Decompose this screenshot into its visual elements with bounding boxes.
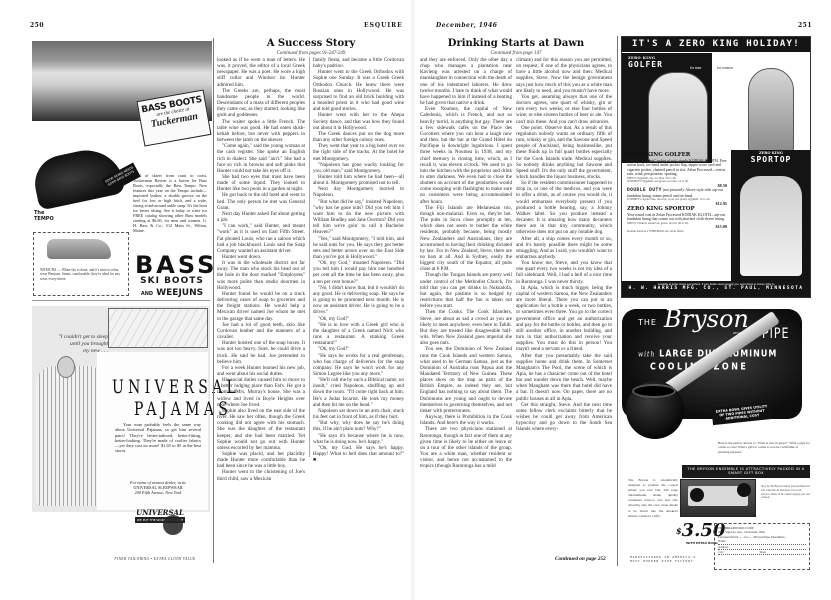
loafer-image bbox=[47, 239, 111, 259]
mfg-line-2: MOST MODERN PIPE FACTORY bbox=[630, 559, 710, 563]
magazine-name: ESQUIRE bbox=[364, 22, 403, 29]
man-jacket-illustration bbox=[648, 72, 708, 162]
dealer-info: For name of nearest dealer, write UNIVER… bbox=[115, 480, 201, 496]
paragraph: "Yes," said Montgomery, "I told him, and… bbox=[313, 236, 404, 261]
weejuns-word: WEEJUNS bbox=[156, 288, 203, 298]
paragraph: Then the Cooks. The Cook Islanders, Stev… bbox=[420, 309, 512, 346]
paragraph: The Fiji Islands are Melanesian too, tho… bbox=[420, 205, 512, 273]
man-sportop-illustration bbox=[740, 176, 802, 276]
paragraph: So if the resident commissioner happened… bbox=[516, 180, 612, 235]
woman-jacket-illustration bbox=[748, 68, 794, 152]
bass-body-copy: Goal of skiers from coast to coast, Tuck… bbox=[133, 173, 207, 233]
kodiak-note: Kodiak Kloth is a WHITMAN all-cotton fab… bbox=[627, 230, 727, 234]
paragraph: Even Noumea, the capital of New Caledoni… bbox=[420, 106, 512, 205]
paragraph: "Oh, my God," moaned Napoleon. "Did you … bbox=[313, 260, 404, 285]
paragraph: The waiter spoke a little French. The ta… bbox=[217, 119, 305, 144]
paragraph: "He says he works for a real gentleman, … bbox=[313, 353, 404, 378]
weejuns-label: AND WEEJUNS bbox=[133, 288, 211, 298]
paragraph: After all, a ship comes every month or s… bbox=[516, 236, 612, 261]
ad-divider bbox=[32, 300, 210, 301]
man-in-pajamas-illustration bbox=[36, 366, 106, 506]
issue-date: December, 1946 bbox=[436, 22, 497, 29]
paragraph: Joe had a lot of good teeth, skin like C… bbox=[217, 322, 305, 340]
paragraph: and they are enforced. Only the other da… bbox=[420, 57, 512, 106]
address-label: Address bbox=[718, 545, 728, 549]
paragraph: There are two physicians stationed at Ra… bbox=[420, 426, 512, 469]
pipe-bowl-in-box bbox=[690, 488, 704, 502]
quote-line-1: "I couldn't get to sleep bbox=[38, 334, 108, 341]
paragraph: Hunter found he would be on a truck deli… bbox=[217, 291, 305, 322]
paragraph: The Greeks are, perhaps, the most handso… bbox=[217, 88, 305, 119]
column-rule bbox=[213, 38, 214, 563]
bryson-intro-copy: Here is the perfect answer to "What is n… bbox=[718, 441, 810, 454]
paragraph: You get, assuming always that one of the… bbox=[516, 94, 612, 125]
paragraph: Sophie also lived on the east side of th… bbox=[217, 408, 305, 451]
and-label: AND bbox=[141, 291, 153, 297]
paragraph: "Come again," said the young woman at th… bbox=[217, 143, 305, 174]
city-label: City bbox=[718, 550, 724, 554]
column-rule bbox=[309, 57, 310, 457]
paragraph: "But why, why does he say he's doing thi… bbox=[313, 420, 404, 432]
cartoon-illustration bbox=[108, 308, 208, 348]
the-label: THE bbox=[638, 318, 657, 327]
golfer-name: GOLFER bbox=[628, 60, 663, 69]
article-column-1: and they are enforced. Only the other da… bbox=[420, 57, 512, 557]
article-column-2: climate) and for this reason you are per… bbox=[516, 57, 612, 545]
paragraph: Napoleon sat down in an arm chair, stuck… bbox=[313, 408, 404, 420]
article-title: A Success Story bbox=[216, 38, 406, 49]
paragraph: Hunter told him where he had been—all ab… bbox=[313, 174, 404, 186]
coupon-city-field[interactable]: CityState bbox=[718, 550, 806, 555]
golfer-copy: Perfect "all-sports" jacket of soft, stu… bbox=[627, 159, 727, 177]
paragraph: Though the Tongan Islands are pretty wel… bbox=[420, 272, 512, 309]
zero-king-headline: IT'S A ZERO KING HOLIDAY! bbox=[622, 37, 810, 52]
for-men-label: for men bbox=[690, 66, 701, 70]
paragraph: For a week Hunter learned his new job, a… bbox=[217, 365, 305, 377]
footer-line-2: H. W. HARRIS MFG. CO., ST. PAUL, MINNESO… bbox=[622, 286, 810, 291]
universal-body-copy: Your man probably feels the same way abo… bbox=[115, 422, 201, 454]
paragraph: Hunter went to the Greek Orthodox with S… bbox=[313, 69, 404, 112]
double-duty-heading: DOUBLE DUTY bbox=[627, 188, 662, 193]
body-paragraph: Your man probably feels the same way abo… bbox=[115, 422, 201, 454]
paragraph: "He is in love with a Greek girl who is … bbox=[313, 322, 404, 347]
paragraph: "I can work," said Hunter, and meant "wo… bbox=[217, 223, 305, 254]
ensemble-banner: THE BRYSON ENSEMBLE IS ATTRACTIVELY PACK… bbox=[682, 465, 810, 478]
paragraph: Next day Hunter asked Fat about getting … bbox=[217, 211, 305, 223]
paragraph: Hunter went with her to the Ahepa Societ… bbox=[313, 112, 404, 130]
article-title: Drinking Starts at Dawn bbox=[418, 38, 614, 49]
paragraph: In Apia, which is much bigger, being the… bbox=[516, 285, 612, 353]
paragraph: His social duties caused him to move to … bbox=[217, 377, 305, 408]
globe-icon bbox=[163, 515, 183, 535]
for-women-label: for women bbox=[717, 66, 733, 70]
column-rule bbox=[617, 36, 618, 566]
page-gutter bbox=[410, 0, 416, 600]
paragraph: She had two eyes that must have been mad… bbox=[217, 174, 305, 192]
article-column-1: looked as if he were a man of letters. H… bbox=[217, 57, 305, 557]
page-number-left: 250 bbox=[30, 22, 44, 29]
pipe-bowl-rim bbox=[632, 384, 676, 398]
paragraph: Anyway, there is Prohibition in the Cook… bbox=[420, 414, 512, 426]
paragraph: "He says it's because where he is now, w… bbox=[313, 433, 404, 445]
manufacturer-line: MANUFACTURED IN AMERICA'S MOST MODERN PI… bbox=[630, 555, 710, 563]
zero-king-footer: Available at better stores everywhere. I… bbox=[622, 281, 810, 297]
paragraph: You know me, Steve, and you know that on… bbox=[516, 260, 612, 285]
name-label: Name bbox=[718, 539, 726, 543]
continued-on-link[interactable]: Continued on page 252 bbox=[555, 556, 606, 562]
bryson-left-copy: The Bryson is scientifically designed to… bbox=[628, 478, 678, 519]
order-coupon[interactable]: THE BRIARWOOD CORP. 2018 Superior Ave., … bbox=[714, 523, 810, 570]
dealer-line-3: 200 Fifth Avenue, New York bbox=[115, 490, 201, 495]
paragraph: "No, I didn't know that, but it wouldn't… bbox=[313, 285, 404, 316]
bryson-logo: Bryson bbox=[664, 305, 749, 333]
paragraph: You see, the Dominion of New Zealand run… bbox=[420, 346, 512, 414]
paragraph: "Napoleon has gone wacky looking for you… bbox=[313, 162, 404, 174]
ski-boots-label: SKI BOOTS bbox=[133, 276, 211, 286]
title-universal: UNIVERSAL bbox=[112, 378, 204, 399]
page-number-right: 251 bbox=[798, 22, 812, 29]
model-label-tempo: TEMPO bbox=[34, 216, 54, 222]
article-column-2: family fiesta, and became a little Cordo… bbox=[313, 57, 404, 467]
paragraph: Hunter hoisted one of the soap boxes. It… bbox=[217, 340, 305, 365]
sportop-label: ZERO KING SPORTOP bbox=[738, 151, 804, 164]
paragraph: The Greek dances put on the dog more tha… bbox=[313, 131, 404, 143]
quote-line-2: until you brought bbox=[38, 341, 108, 348]
paragraph: Sophie was placid, and her placidity mad… bbox=[217, 451, 305, 469]
bass-logo: BASS bbox=[135, 254, 209, 276]
article-subtitle: Continued from page 147 bbox=[418, 51, 614, 56]
paragraph: Get this straight, Steve. And the next t… bbox=[516, 402, 612, 433]
zero-king-copy: ZERO KING GOLFER Perfect "all-sports" ja… bbox=[627, 152, 727, 233]
paragraph: "Oh, my God. He says he's happy. Happy! … bbox=[313, 445, 404, 463]
paragraph: Next day Montgomery hurried to Napoleon. bbox=[313, 186, 404, 198]
paragraph: Hunter went to the christening of Joe's … bbox=[217, 469, 305, 481]
model-label: The TEMPO bbox=[34, 210, 54, 222]
man-head-illustration bbox=[57, 356, 75, 378]
with-word: with bbox=[638, 351, 655, 359]
universal-tagline: FINER TAILORING • EXTRA CLOTH VALUE bbox=[100, 557, 210, 561]
paragraph: He got back to the old hotel and went to… bbox=[217, 192, 305, 210]
sportop-name: SPORTOP bbox=[738, 155, 804, 164]
paragraph: "He'll call me by such a Biblical name, … bbox=[313, 377, 404, 408]
paragraph: climate) and for this reason you are per… bbox=[516, 57, 612, 94]
paragraph: After that you presumably take the said … bbox=[516, 353, 612, 402]
box-note: Stop by the Bryson where you purchase ou… bbox=[761, 485, 810, 500]
state-label: State bbox=[760, 550, 766, 554]
paragraph: family fiesta, and became a little Cordo… bbox=[313, 57, 404, 69]
paragraph: "But what did he say," insisted Napoleon… bbox=[313, 199, 404, 236]
golfer-label: ZERO KING GOLFER bbox=[628, 56, 663, 69]
title-pajamas: PAJAMAS bbox=[134, 400, 204, 421]
paragraph: looked as if he were a man of letters. H… bbox=[217, 57, 305, 88]
spare-bowl-in-box bbox=[737, 483, 751, 497]
article-subtitle: Continued from pages 91-247-249 bbox=[216, 51, 406, 56]
paragraph: It was in the wholesale district not far… bbox=[217, 260, 305, 291]
paragraph: They went that year to a big hotel over … bbox=[313, 143, 404, 161]
paragraph: One point. Observe that. As a result of … bbox=[516, 125, 612, 180]
weejuns-copy: WEEJUNS — When sky is done, and it's tim… bbox=[40, 268, 124, 281]
